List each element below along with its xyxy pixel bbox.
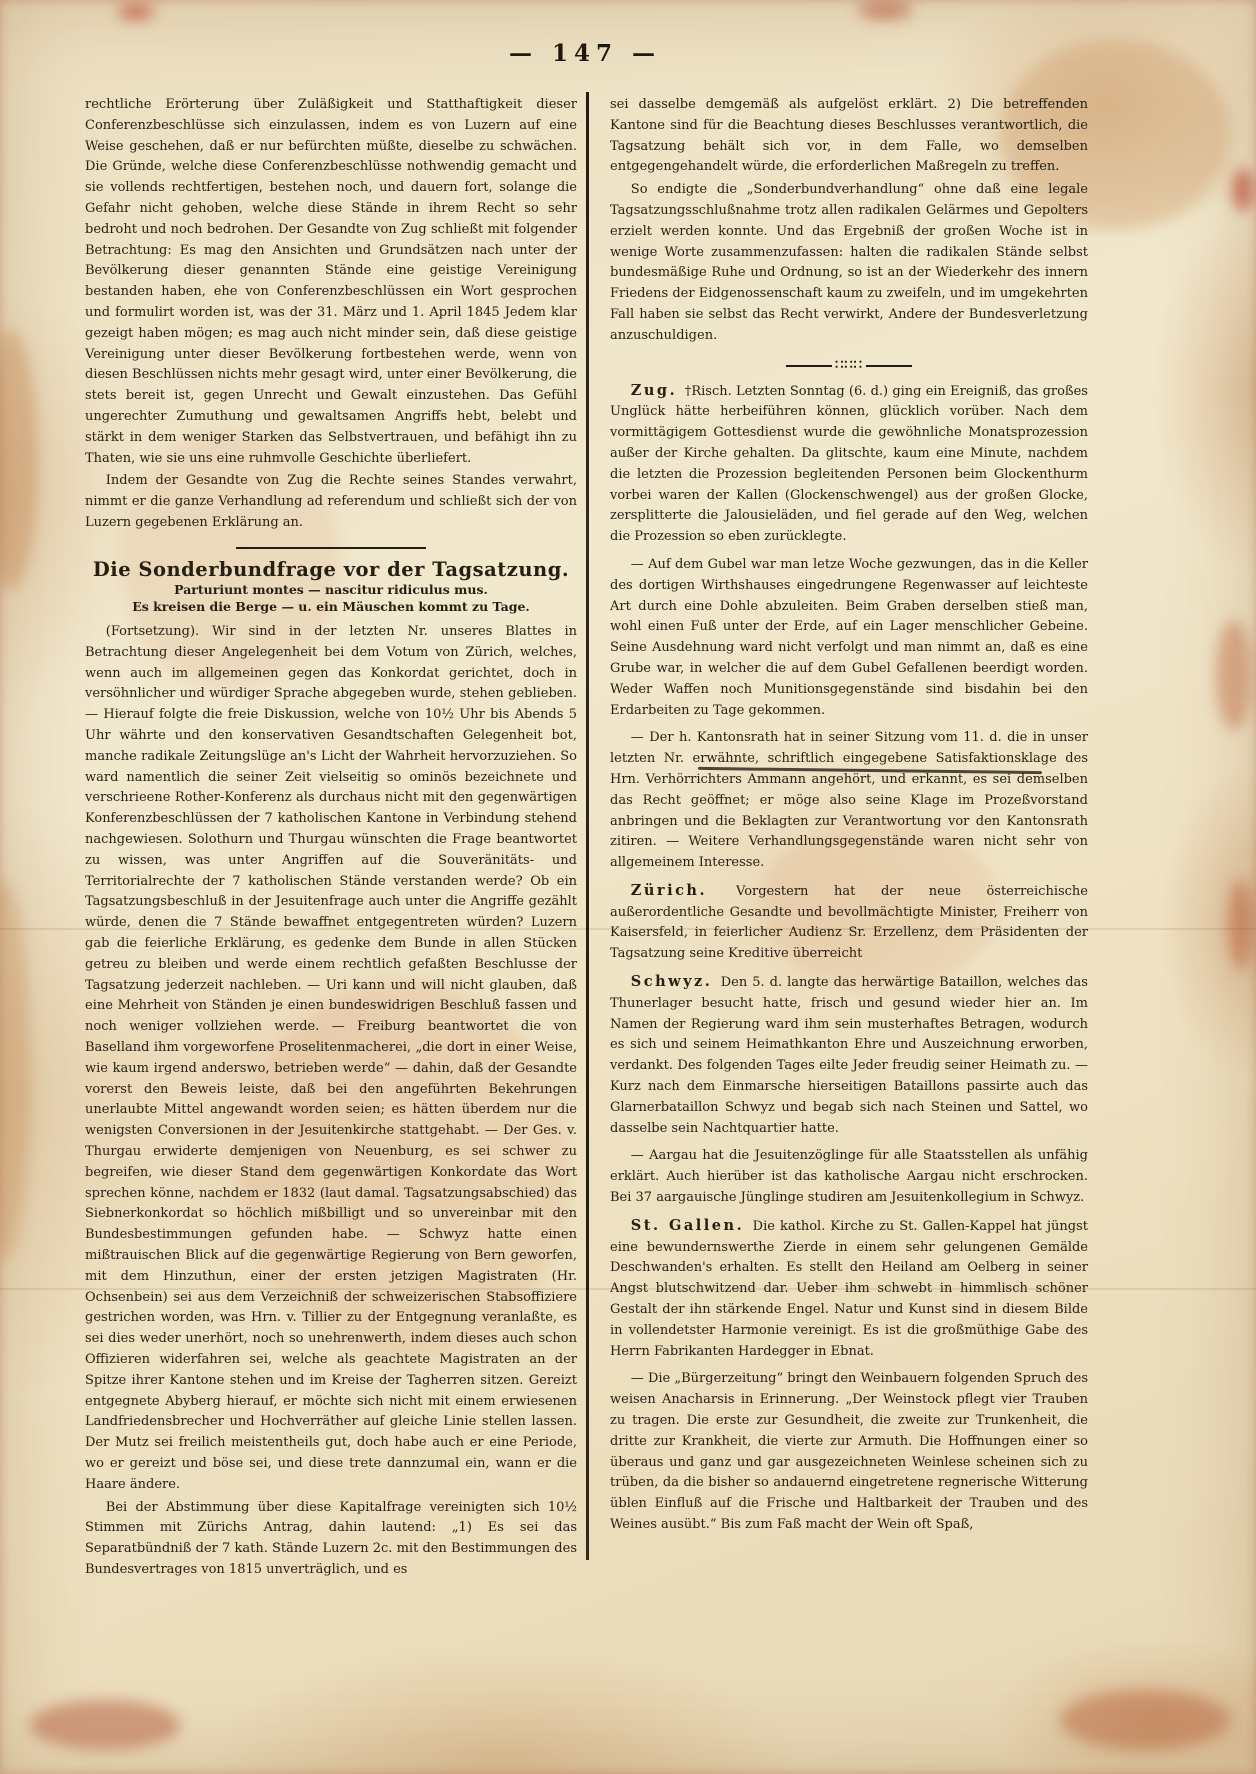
paragraph: Indem der Gesandte von Zug die Rechte se… bbox=[85, 471, 577, 533]
ornament-beads: ∷∷∷ bbox=[832, 361, 866, 371]
news-item-buergerzeitung: — Die „Bürgerzeitung“ bringt den Weinbau… bbox=[610, 1369, 1088, 1535]
article-title: Die Sonderbundfrage vor der Tagsatzung. bbox=[85, 560, 577, 581]
stain bbox=[0, 880, 30, 1260]
news-item-kantonsrath: — Der h. Kantonsrath hat in seiner Sitzu… bbox=[610, 728, 1088, 874]
article-motto-german: Es kreisen die Berge — u. ein Mäuschen k… bbox=[85, 598, 577, 615]
news-item-schwyz: Schwyz. Den 5. d. langte das herwärtige … bbox=[610, 972, 1088, 1139]
paragraph: So endigte die „Sonderbundverhandlung“ o… bbox=[610, 180, 1088, 346]
stain bbox=[1228, 880, 1254, 970]
left-column: rechtliche Erörterung über Zuläßigkeit u… bbox=[85, 95, 577, 1581]
paragraph-continuation: rechtliche Erörterung über Zuläßigkeit u… bbox=[85, 95, 577, 469]
stain bbox=[30, 1700, 180, 1750]
news-text: — Der h. Kantonsrath hat in seiner Sitzu… bbox=[610, 730, 1088, 870]
article-motto-latin: Parturiunt montes — nascitur ridiculus m… bbox=[85, 581, 577, 598]
ornament-bar bbox=[786, 365, 832, 367]
news-text: — Die „Bürgerzeitung“ bringt den Weinbau… bbox=[610, 1371, 1088, 1532]
news-item-st-gallen: St. Gallen. Die kathol. Kirche zu St. Ga… bbox=[610, 1216, 1088, 1363]
news-lead: Zürich. bbox=[631, 882, 736, 899]
page-number: — 147 — bbox=[0, 40, 1170, 67]
news-text: Den 5. d. langte das herwärtige Bataillo… bbox=[610, 975, 1088, 1136]
news-item-zug: Zug. †Risch. Letzten Sonntag (6. d.) gin… bbox=[610, 381, 1088, 548]
stain bbox=[0, 330, 38, 590]
ornament-divider: ∷∷∷ bbox=[610, 361, 1088, 371]
section-divider-rule bbox=[236, 547, 426, 550]
stain bbox=[118, 4, 154, 20]
stain bbox=[1216, 620, 1252, 730]
news-item-zuerich: Zürich. Vorgestern hat der neue österrei… bbox=[610, 881, 1088, 965]
news-text: — Aargau hat die Jesuitenzöglinge für al… bbox=[610, 1148, 1088, 1205]
news-item-gubel: — Auf dem Gubel war man letze Woche gezw… bbox=[610, 555, 1088, 721]
article-body: (Fortsetzung). Wir sind in der letzten N… bbox=[85, 622, 577, 1495]
column-divider-rule bbox=[586, 92, 589, 1560]
paragraph-voting: Bei der Abstimmung über diese Kapitalfra… bbox=[85, 1498, 577, 1581]
ornament-bar bbox=[866, 365, 912, 367]
news-lead: St. Gallen. bbox=[631, 1217, 753, 1234]
right-column: sei dasselbe demgemäß als aufgelöst erkl… bbox=[610, 95, 1088, 1536]
paragraph-continuation: sei dasselbe demgemäß als aufgelöst erkl… bbox=[610, 95, 1088, 178]
stain bbox=[1060, 1690, 1230, 1750]
stain bbox=[1232, 168, 1254, 212]
news-lead: Schwyz. bbox=[631, 973, 721, 990]
news-text: — Auf dem Gubel war man letze Woche gezw… bbox=[610, 557, 1088, 718]
news-text: †Risch. Letzten Sonntag (6. d.) ging ein… bbox=[610, 384, 1088, 545]
news-lead: Zug. bbox=[631, 382, 685, 399]
stain bbox=[858, 0, 912, 20]
news-text: Die kathol. Kirche zu St. Gallen-Kappel … bbox=[610, 1219, 1088, 1359]
news-item-aargau: — Aargau hat die Jesuitenzöglinge für al… bbox=[610, 1146, 1088, 1208]
newspaper-page: — 147 — rechtliche Erörterung über Zuläß… bbox=[0, 0, 1256, 1774]
